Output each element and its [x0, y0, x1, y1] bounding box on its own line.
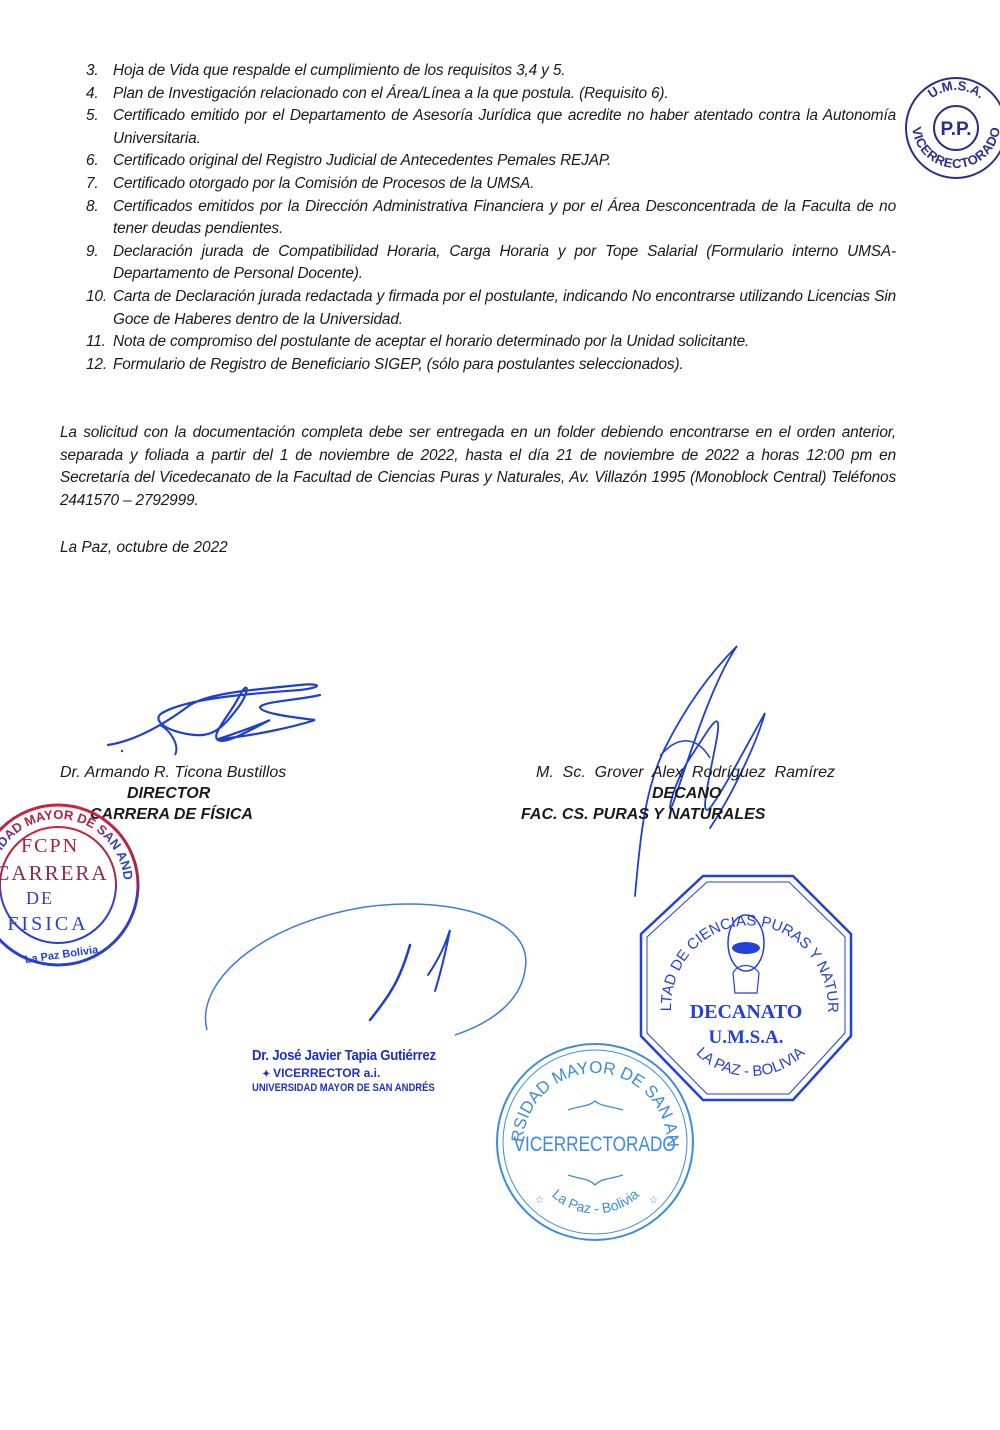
- requirement-item: 3.Hoja de Vida que respalde el cumplimie…: [86, 60, 896, 83]
- requirement-text: Certificado emitido por el Departamento …: [113, 107, 896, 147]
- requirement-item: 9.Declaración jurada de Compatibilidad H…: [86, 241, 896, 286]
- vicerrector-block: Dr. José Javier Tapia Gutiérrez ✦ VICERR…: [252, 1047, 465, 1094]
- submission-paragraph: La solicitud con la documentación comple…: [60, 422, 896, 512]
- svg-text:U.M.S.A.: U.M.S.A.: [925, 78, 988, 101]
- vicerrector-name: Dr. José Javier Tapia Gutiérrez: [252, 1047, 439, 1064]
- director-signature: [100, 665, 340, 760]
- requirement-text: Hoja de Vida que respalde el cumplimient…: [113, 62, 565, 79]
- requirement-number: 8.: [86, 196, 99, 219]
- svg-text:FCPN: FCPN: [21, 835, 79, 857]
- requirement-item: 7.Certificado otorgado por la Comisión d…: [86, 173, 896, 196]
- svg-text:DECANATO: DECANATO: [690, 1001, 803, 1023]
- svg-text:CARRERA: CARRERA: [0, 861, 109, 885]
- svg-text:La Paz - Bolivia: La Paz - Bolivia: [549, 1186, 642, 1217]
- decano-name: M. Sc. Grover Alex Rodríguez Ramírez: [536, 764, 835, 782]
- requirement-text: Certificados emitidos por la Dirección A…: [113, 198, 896, 238]
- star-icon: ☆: [535, 1195, 544, 1206]
- svg-text:FACULTAD DE CIENCIAS PURAS Y N: FACULTAD DE CIENCIAS PURAS Y NATURALES: [633, 868, 841, 1013]
- vicerrector-title: ✦ VICERRECTOR a.i.: [252, 1066, 465, 1080]
- carrera-fisica-stamp: UNIVERSIDAD MAYOR DE SAN ANDRES FCPN CAR…: [0, 790, 145, 980]
- document-page: 3.Hoja de Vida que respalde el cumplimie…: [0, 0, 1000, 1430]
- requirement-number: 6.: [86, 150, 99, 173]
- star-icon: ☆: [649, 1195, 658, 1206]
- requirement-item: 5.Certificado emitido por el Departament…: [86, 105, 896, 150]
- umsa-emblem-icon: ✦: [262, 1069, 273, 1080]
- svg-text:VICERRECTORADO: VICERRECTORADO: [514, 1134, 676, 1157]
- requirement-number: 5.: [86, 105, 99, 128]
- svg-text:LA PAZ - BOLIVIA: LA PAZ - BOLIVIA: [693, 1044, 808, 1080]
- vicerrector-unit: UNIVERSIDAD MAYOR DE SAN ANDRÉS: [252, 1082, 435, 1094]
- requirement-number: 12.: [86, 354, 107, 377]
- requirement-text: Carta de Declaración jurada redactada y …: [113, 288, 896, 328]
- svg-text:U.M.S.A.: U.M.S.A.: [709, 1027, 784, 1048]
- requirement-text: Nota de compromiso del postulante de ace…: [113, 333, 749, 350]
- pp-vicerrectorado-stamp: U.M.S.A. VICERRECTORADO P.P.: [900, 72, 1000, 187]
- requirement-text: Certificado original del Registro Judici…: [113, 152, 611, 169]
- svg-text:DE: DE: [26, 888, 54, 908]
- director-name: Dr. Armando R. Ticona Bustillos: [60, 764, 286, 782]
- svg-text:FISICA: FISICA: [7, 913, 88, 935]
- svg-text:UNIVERSIDAD MAYOR DE SAN ANDRE: UNIVERSIDAD MAYOR DE SAN ANDRES: [493, 1035, 682, 1148]
- requirement-item: 10.Carta de Declaración jurada redactada…: [86, 286, 896, 331]
- requirement-item: 11.Nota de compromiso del postulante de …: [86, 331, 896, 354]
- requirement-text: Declaración jurada de Compatibilidad Hor…: [113, 243, 896, 283]
- requirement-number: 7.: [86, 173, 99, 196]
- vicerrector-signature: [195, 895, 535, 1045]
- vicerrectorado-stamp: UNIVERSIDAD MAYOR DE SAN ANDRES VICERREC…: [493, 1035, 698, 1250]
- requirement-text: Formulario de Registro de Beneficiario S…: [113, 356, 684, 373]
- place-date: La Paz, octubre de 2022: [60, 539, 228, 557]
- requirement-item: 4.Plan de Investigación relacionado con …: [86, 83, 896, 106]
- requirement-number: 3.: [86, 60, 99, 83]
- requirement-item: 12.Formulario de Registro de Beneficiari…: [86, 354, 896, 377]
- svg-text:P.P.: P.P.: [940, 119, 971, 140]
- requirement-item: 6.Certificado original del Registro Judi…: [86, 150, 896, 173]
- requirement-number: 11.: [86, 331, 106, 354]
- decano-title: DECANO: [652, 785, 721, 803]
- requirement-number: 4.: [86, 83, 99, 106]
- requirement-item: 8.Certificados emitidos por la Dirección…: [86, 196, 896, 241]
- requirement-text: Certificado otorgado por la Comisión de …: [113, 175, 534, 192]
- requirement-number: 10.: [86, 286, 107, 309]
- requirements-list: 3.Hoja de Vida que respalde el cumplimie…: [86, 60, 896, 376]
- requirement-number: 9.: [86, 241, 99, 264]
- decano-unit: FAC. CS. PURAS Y NATURALES: [521, 806, 765, 824]
- requirement-text: Plan de Investigación relacionado con el…: [113, 85, 669, 102]
- svg-text:La Paz Bolivia: La Paz Bolivia: [24, 944, 100, 966]
